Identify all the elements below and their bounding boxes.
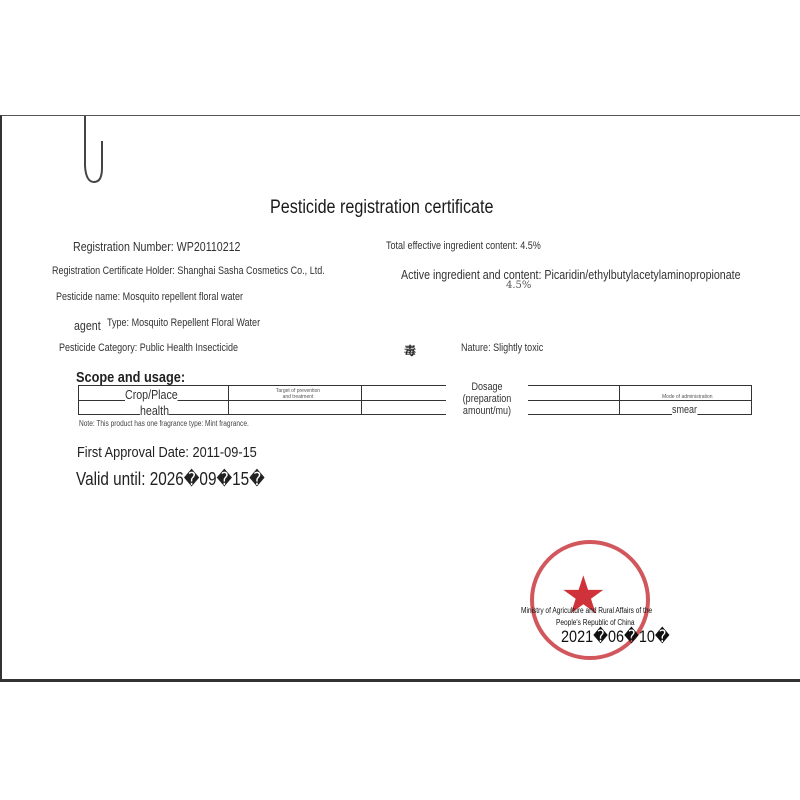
paperclip-icon xyxy=(82,116,108,186)
scope-heading: Scope and usage: xyxy=(76,369,185,386)
document-title: Pesticide registration certificate xyxy=(270,197,494,219)
pesticide-name: Pesticide name: Mosquito repellent flora… xyxy=(56,291,243,303)
valid-until: Valid until: 2026�09�15� xyxy=(76,469,265,490)
table-header-crop: Crop/Place xyxy=(125,387,178,402)
table-header-mode: Mode of administration xyxy=(662,394,713,400)
table-header-target: Target of prevention and treatment xyxy=(272,388,324,400)
table-cell-mode: smear xyxy=(672,404,697,416)
table-header-dosage: Dosage (preparation amount/mu) xyxy=(446,381,528,417)
nature: Nature: Slightly toxic xyxy=(461,342,543,354)
issuer-line2: People's Republic of China xyxy=(556,618,635,627)
agent-label: agent xyxy=(74,318,101,333)
table-cell-crop: health xyxy=(140,403,169,418)
pesticide-type: Type: Mosquito Repellent Floral Water xyxy=(107,317,260,329)
certificate-holder: Registration Certificate Holder: Shangha… xyxy=(52,265,325,277)
issue-date: 2021�06�10� xyxy=(561,627,670,647)
active-ingredient: Active ingredient and content: Picaridin… xyxy=(401,267,741,282)
toxicity-icon: 毒 xyxy=(404,342,416,359)
registration-number: Registration Number: WP20110212 xyxy=(73,239,240,254)
active-ingredient-value: 4.5% xyxy=(506,280,531,291)
scope-table xyxy=(78,385,752,415)
note: Note: This product has one fragrance typ… xyxy=(79,419,249,428)
pesticide-category: Pesticide Category: Public Health Insect… xyxy=(59,342,238,354)
issuer: Ministry of Agriculture and Rural Affair… xyxy=(521,606,652,615)
first-approval-date: First Approval Date: 2011-09-15 xyxy=(77,444,257,461)
total-content: Total effective ingredient content: 4.5% xyxy=(386,240,541,252)
